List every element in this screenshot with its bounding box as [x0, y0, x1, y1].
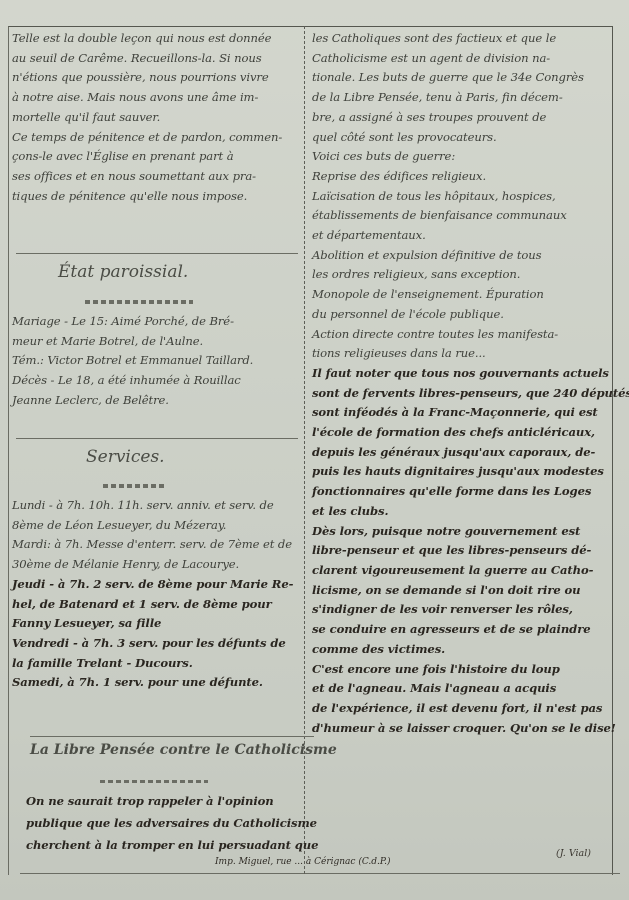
- article-line: de l'expérience, il est devenu fort, il …: [312, 699, 612, 719]
- article-line: d'humeur à se laisser croquer. Qu'on se …: [312, 719, 612, 739]
- decorative-squiggle: [100, 780, 208, 783]
- article-line: l'école de formation des chefs anticléri…: [312, 423, 612, 443]
- intro-line: Telle est la double leçon qui nous est d…: [12, 29, 302, 49]
- intro-line: n'étions que poussière, nous pourrions v…: [12, 68, 302, 88]
- etat-paroissial-heading: État paroissial.: [58, 262, 188, 282]
- article-line: établissements de bienfaisance communaux: [312, 206, 612, 226]
- etat-paroissial-body: Mariage - Le 15: Aimé Porché, de Bré- me…: [12, 312, 302, 411]
- article-line: Il faut noter que tous nos gouvernants a…: [312, 364, 612, 384]
- article-line: Catholicisme est un agent de division na…: [312, 49, 612, 69]
- article-heading: La Libre Pensée contre le Catholicisme: [30, 742, 337, 758]
- author-signature: (J. Vial): [556, 848, 591, 859]
- printer-imprint: Imp. Miguel, rue ... à Cérignac (C.d.P.): [215, 857, 391, 867]
- page-frame-bottom-rule: [20, 873, 620, 874]
- article-line: et les clubs.: [312, 502, 612, 522]
- article-line: Monopole de l'enseignement. Épuration: [312, 285, 612, 305]
- decorative-squiggle: [85, 300, 193, 304]
- parish-record-line: Jeanne Leclerc, de Belêtre.: [12, 391, 302, 411]
- article-line: Dès lors, puisque notre gouvernement est: [312, 522, 612, 542]
- article-line: clarent vigoureusement la guerre au Cath…: [312, 561, 612, 581]
- article-line: se conduire en agresseurs et de se plain…: [312, 620, 612, 640]
- intro-line: au seuil de Carême. Recueillons-la. Si n…: [12, 49, 302, 69]
- article-line: sont de fervents libres-penseurs, que 24…: [312, 384, 612, 404]
- article-line: cherchent à la tromper en lui persuadant…: [26, 834, 318, 856]
- service-line: Mardi: à 7h. Messe d'enterr. serv. de 7è…: [12, 535, 302, 555]
- article-line: Voici ces buts de guerre:: [312, 147, 612, 167]
- service-line: Samedi, à 7h. 1 serv. pour une défunte.: [12, 673, 302, 693]
- services-body: Lundi - à 7h. 10h. 11h. serv. anniv. et …: [12, 496, 302, 693]
- article-line: Reprise des édifices religieux.: [312, 167, 612, 187]
- article-line: les ordres religieux, sans exception.: [312, 265, 612, 285]
- article-line: licisme, on se demande si l'on doit rire…: [312, 581, 612, 601]
- service-line: Vendredi - à 7h. 3 serv. pour les défunt…: [12, 634, 302, 654]
- article-line: et de l'agneau. Mais l'agneau a acquis: [312, 679, 612, 699]
- article-line: depuis les généraux jusqu'aux caporaux, …: [312, 443, 612, 463]
- article-line: fonctionnaires qu'elle forme dans les Lo…: [312, 482, 612, 502]
- document-page: Telle est la double leçon qui nous est d…: [0, 0, 629, 900]
- service-line: 30ème de Mélanie Henry, de Lacourye.: [12, 555, 302, 575]
- article-line: sont inféodés à la Franc-Maçonnerie, qui…: [312, 403, 612, 423]
- parish-record-line: Décès - Le 18, a été inhumée à Rouillac: [12, 371, 302, 391]
- section-rule: [16, 253, 298, 254]
- section-rule: [30, 736, 314, 737]
- left-column: Telle est la double leçon qui nous est d…: [12, 29, 302, 206]
- service-line: Fanny Lesueyer, sa fille: [12, 614, 302, 634]
- services-heading: Services.: [86, 447, 165, 467]
- service-line: Jeudi - à 7h. 2 serv. de 8ème pour Marie…: [12, 575, 302, 595]
- article-line: libre-penseur et que les libres-penseurs…: [312, 541, 612, 561]
- service-line: hel, de Batenard et 1 serv. de 8ème pour: [12, 595, 302, 615]
- article-body-left: On ne saurait trop rappeler à l'opinion …: [26, 790, 318, 856]
- article-line: les Catholiques sont des factieux et que…: [312, 29, 612, 49]
- service-line: la famille Trelant - Ducours.: [12, 654, 302, 674]
- article-line: Laïcisation de tous les hôpitaux, hospic…: [312, 187, 612, 207]
- article-line: tionale. Les buts de guerre que le 34e C…: [312, 68, 612, 88]
- article-line: et départementaux.: [312, 226, 612, 246]
- decorative-squiggle: [103, 484, 167, 488]
- right-column: les Catholiques sont des factieux et que…: [312, 29, 612, 738]
- article-line: du personnel de l'école publique.: [312, 305, 612, 325]
- article-line: Abolition et expulsion définitive de tou…: [312, 246, 612, 266]
- article-line: tions religieuses dans la rue...: [312, 344, 612, 364]
- article-line: bre, a assigné à ses troupes prouvent de: [312, 108, 612, 128]
- article-line: publique que les adversaires du Catholic…: [26, 812, 318, 834]
- article-line: s'indigner de les voir renverser les rôl…: [312, 600, 612, 620]
- intro-line: Ce temps de pénitence et de pardon, comm…: [12, 128, 302, 148]
- article-line: comme des victimes.: [312, 640, 612, 660]
- parish-record-line: meur et Marie Botrel, de l'Aulne.: [12, 332, 302, 352]
- parish-record-line: Mariage - Le 15: Aimé Porché, de Bré-: [12, 312, 302, 332]
- intro-line: mortelle qu'il faut sauver.: [12, 108, 302, 128]
- service-line: Lundi - à 7h. 10h. 11h. serv. anniv. et …: [12, 496, 302, 516]
- service-line: 8ème de Léon Lesueyer, du Mézeray.: [12, 516, 302, 536]
- article-line: C'est encore une fois l'histoire du loup: [312, 660, 612, 680]
- intro-line: tiques de pénitence qu'elle nous impose.: [12, 187, 302, 207]
- parish-record-line: Tém.: Victor Botrel et Emmanuel Taillard…: [12, 351, 302, 371]
- article-line: puis les hauts dignitaires jusqu'aux mod…: [312, 462, 612, 482]
- intro-line: ses offices et en nous soumettant aux pr…: [12, 167, 302, 187]
- article-line: quel côté sont les provocateurs.: [312, 128, 612, 148]
- intro-line: çons-le avec l'Église en prenant part à: [12, 147, 302, 167]
- article-line: de la Libre Pensée, tenu à Paris, fin dé…: [312, 88, 612, 108]
- section-rule: [16, 438, 298, 439]
- article-line: On ne saurait trop rappeler à l'opinion: [26, 790, 318, 812]
- intro-line: à notre aise. Mais nous avons une âme im…: [12, 88, 302, 108]
- article-line: Action directe contre toutes les manifes…: [312, 325, 612, 345]
